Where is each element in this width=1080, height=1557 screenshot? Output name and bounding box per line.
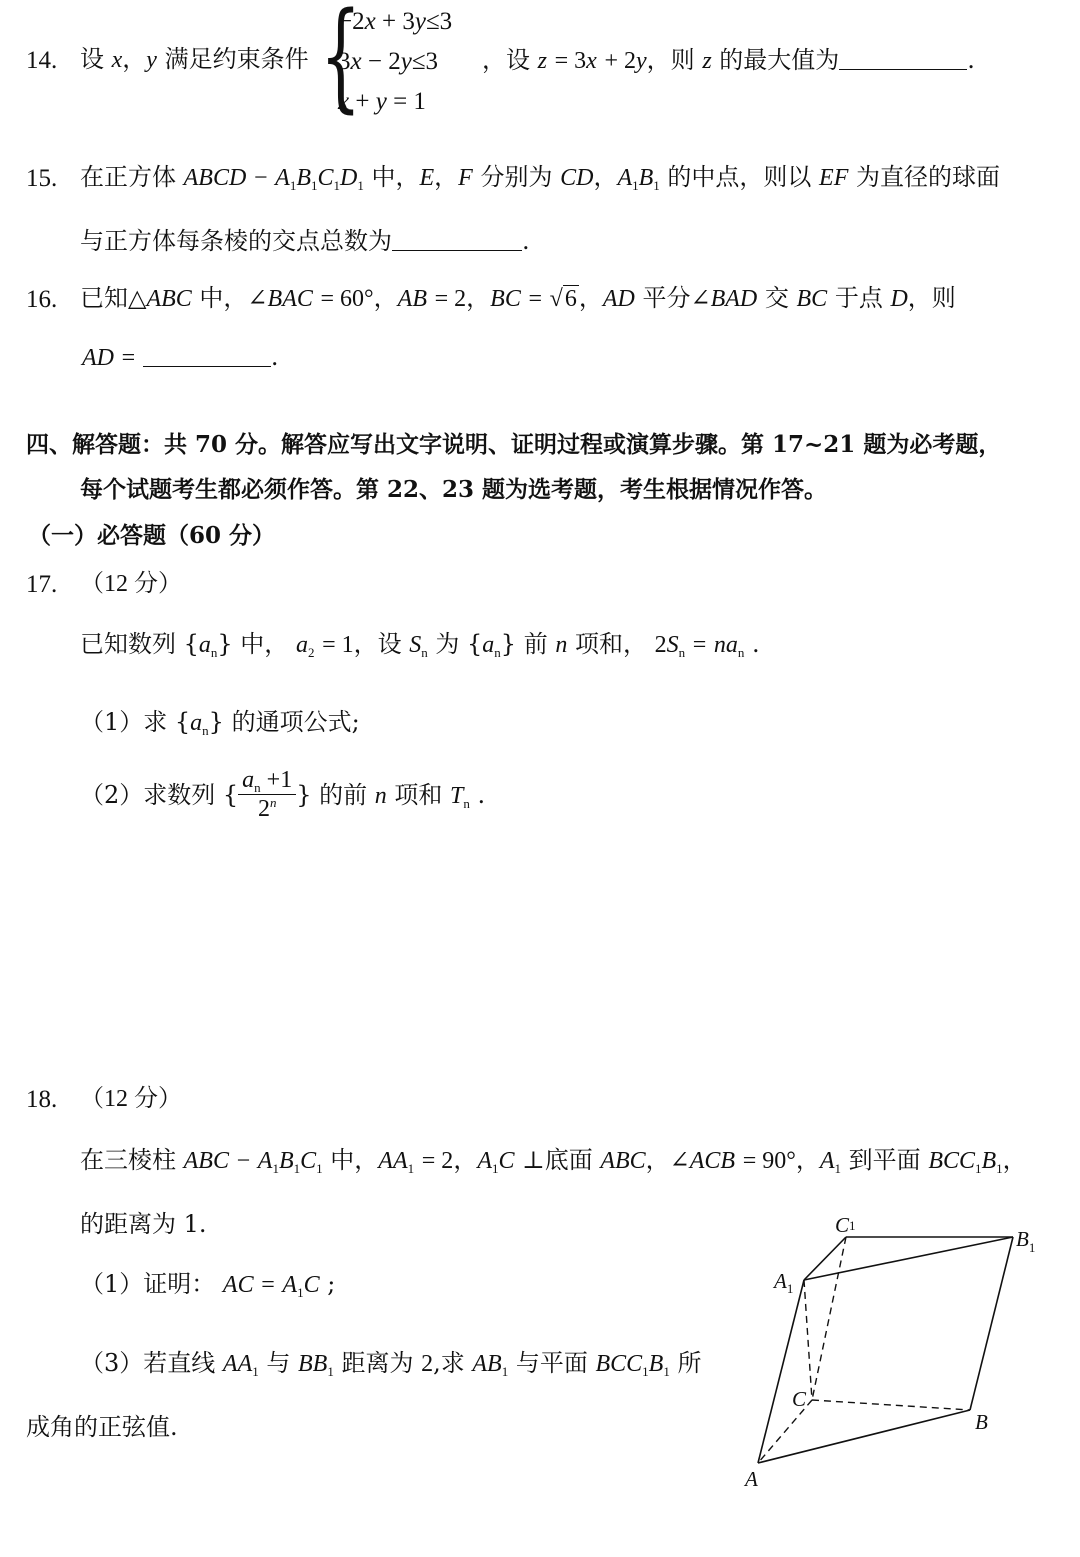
label-A1: A1 (772, 1269, 793, 1296)
label-B1: B1 (1016, 1227, 1035, 1255)
hidden-edges (758, 1237, 970, 1463)
label-C: C (792, 1387, 807, 1411)
label-A: A (743, 1467, 758, 1491)
triangular-prism-figure: C1 B1 A1 C B A (0, 0, 1080, 1557)
vertex-labels: C1 B1 A1 C B A (743, 1213, 1035, 1491)
label-C1: C1 (835, 1213, 856, 1237)
label-B: B (975, 1410, 988, 1434)
